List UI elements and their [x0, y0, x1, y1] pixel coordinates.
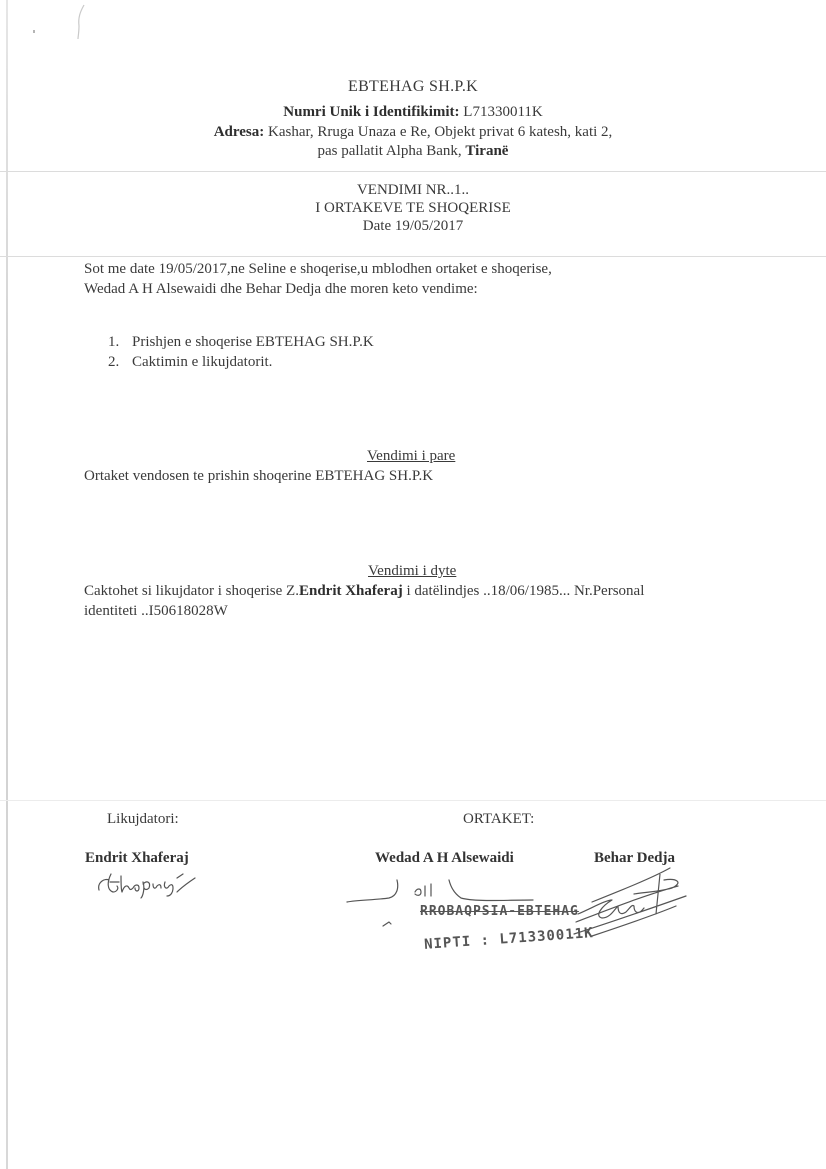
liquidator-name-inline: Endrit Xhaferaj [299, 583, 403, 599]
liquidator-signature [95, 868, 205, 900]
nuis-line: Numri Unik i Identifikimit: L71330011K [0, 104, 826, 121]
partner2-signature [572, 866, 692, 938]
scan-line [0, 256, 826, 257]
intro-paragraph: Sot me date 19/05/2017,ne Seline e shoqe… [84, 259, 552, 299]
intro-line-2: Wedad A H Alsewaidi dhe Behar Dedja dhe … [84, 279, 552, 299]
scan-line [0, 800, 826, 801]
pen-mark [70, 4, 86, 40]
nuis-value: L71330011K [463, 104, 542, 120]
partner1-signatory-name: Wedad A H Alsewaidi [375, 850, 514, 867]
agenda-item-number: 2. [108, 352, 132, 372]
scan-dot [33, 30, 35, 33]
agenda-item-text: Caktimin e likujdatorit. [132, 354, 272, 370]
nuis-label: Numri Unik i Identifikimit: [283, 104, 459, 120]
decision-two-paragraph: Caktohet si likujdator i shoqerise Z.End… [84, 581, 644, 621]
decision-two-line-2: identiteti ..I50618028W [84, 601, 644, 621]
agenda-item-number: 1. [108, 332, 132, 352]
decision-number: VENDIMI NR..1.. [0, 181, 826, 199]
address-label: Adresa: [214, 124, 265, 140]
decision-one-heading: Vendimi i pare [367, 448, 455, 465]
address-line-2: pas pallatit Alpha Bank, Tiranë [0, 143, 826, 160]
liquidator-signatory-name: Endrit Xhaferaj [85, 850, 189, 867]
address-line: Adresa: Kashar, Rruga Unaza e Re, Objekt… [0, 124, 826, 141]
address-city: Tiranë [465, 143, 508, 159]
stamp-line-2: NIPTI : L71330011K [424, 925, 594, 953]
decision-date: Date 19/05/2017 [0, 217, 826, 235]
intro-line-1: Sot me date 19/05/2017,ne Seline e shoqe… [84, 259, 552, 279]
liquidator-label: Likujdatori: [107, 811, 179, 828]
scan-edge [6, 0, 8, 1169]
decision-one-text: Ortaket vendosen te prishin shoqerine EB… [84, 466, 433, 486]
decision-two-suffix: i datëlindjes ..18/06/1985... Nr.Persona… [403, 583, 645, 599]
agenda-item: 1.Prishjen e shoqerise EBTEHAG SH.P.K [108, 332, 374, 352]
decision-two-line-1: Caktohet si likujdator i shoqerise Z.End… [84, 581, 644, 601]
company-name: EBTEHAG SH.P.K [0, 78, 826, 96]
stamp-line-1: RROBAQPSIA-EBTEHAG [420, 904, 579, 919]
partner1-signature [345, 878, 560, 928]
agenda-item: 2.Caktimin e likujdatorit. [108, 352, 374, 372]
decision-two-heading: Vendimi i dyte [368, 563, 456, 580]
partner2-signatory-name: Behar Dedja [594, 850, 675, 867]
decision-title-block: VENDIMI NR..1.. I ORTAKEVE TE SHOQERISE … [0, 181, 826, 235]
agenda-item-text: Prishjen e shoqerise EBTEHAG SH.P.K [132, 334, 374, 350]
scan-line [0, 171, 826, 172]
decision-subtitle: I ORTAKEVE TE SHOQERISE [0, 199, 826, 217]
partners-label: ORTAKET: [463, 811, 534, 828]
agenda-list: 1.Prishjen e shoqerise EBTEHAG SH.P.K 2.… [108, 332, 374, 372]
decision-two-prefix: Caktohet si likujdator i shoqerise Z. [84, 583, 299, 599]
address-line2-text: pas pallatit Alpha Bank, [318, 143, 462, 159]
address-value: Kashar, Rruga Unaza e Re, Objekt privat … [268, 124, 612, 140]
